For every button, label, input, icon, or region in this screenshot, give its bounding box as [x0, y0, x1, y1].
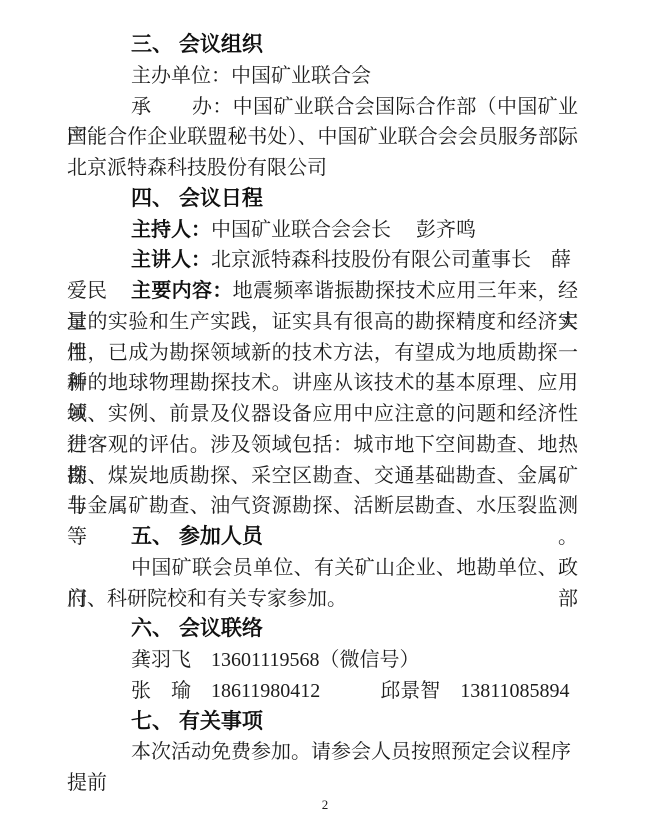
- heading-related-matters: 七、 有关事项: [67, 707, 578, 738]
- line-organizer-1: 承 办：中国矿业联合会国际合作部（中国矿业国际: [67, 92, 578, 123]
- line-main-content-4: 新的地球物理勘探技术。讲座从该技术的基本原理、应用领: [67, 368, 578, 399]
- line-organizer-3: 北京派特森科技股份有限公司: [67, 153, 578, 184]
- text-segment: 龚羽飞 13601119568（微信号）: [131, 649, 420, 671]
- text-segment: 中国矿业联合会会长 彭齐鸣: [211, 219, 476, 241]
- line-main-content-5: 域、实例、前景及仪器设备应用中应注意的问题和经济性进: [67, 399, 578, 430]
- line-related-matters-1: 本次活动免费参加。请参会人员按照预定会议程序提前: [67, 737, 578, 768]
- line-moderator: 主持人：中国矿业联合会会长 彭齐鸣: [67, 215, 578, 246]
- text-segment: 主办单位：中国矿业联合会: [131, 65, 371, 87]
- bold-label: 七、 有关事项: [131, 710, 263, 733]
- page-number: 2: [0, 795, 650, 815]
- text-segment: 产能合作企业联盟秘书处）、中国矿业联合会会员服务部、: [67, 126, 578, 148]
- line-contact-2: 张 瑜 18611980412 邱景智 13811085894: [67, 676, 578, 707]
- bold-label: 四、 会议日程: [131, 187, 263, 210]
- text-segment: 北京派特森科技股份有限公司: [67, 157, 327, 179]
- bold-label: 六、 会议联络: [131, 617, 263, 640]
- line-main-content-3: 性，已成为勘探领域新的技术方法，有望成为地质勘探一种: [67, 338, 578, 369]
- heading-meeting-contacts: 六、 会议联络: [67, 614, 578, 645]
- line-speaker: 主讲人：北京派特森科技股份有限公司董事长 薛爱民: [67, 245, 578, 276]
- line-main-content-1: 主要内容：地震频率谐振勘探技术应用三年来，经过大: [67, 276, 578, 307]
- bold-label: 三、 会议组织: [131, 33, 263, 56]
- bold-label: 主要内容：: [131, 280, 233, 302]
- line-host-unit: 主办单位：中国矿业联合会: [67, 61, 578, 92]
- text-segment: 本次活动免费参加。请参会人员按照预定会议程序提前: [67, 741, 571, 794]
- line-main-content-2: 量的实验和生产实践，证实具有很高的勘探精度和经济实用: [67, 307, 578, 338]
- document-body: 三、 会议组织主办单位：中国矿业联合会承 办：中国矿业联合会国际合作部（中国矿业…: [67, 30, 578, 768]
- line-main-content-7: 探、煤炭地质勘探、采空区勘查、交通基础勘查、金属矿与: [67, 461, 578, 492]
- bold-label: 五、 参加人员: [131, 525, 263, 548]
- line-participants-1: 中国矿联会员单位、有关矿山企业、地勘单位、政府部: [67, 553, 578, 584]
- heading-meeting-agenda: 四、 会议日程: [67, 184, 578, 215]
- text-segment: 张 瑜 18611980412 邱景智 13811085894: [131, 680, 570, 702]
- line-contact-1: 龚羽飞 13601119568（微信号）: [67, 645, 578, 676]
- document-page: 三、 会议组织主办单位：中国矿业联合会承 办：中国矿业联合会国际合作部（中国矿业…: [0, 0, 650, 830]
- bold-label: 主讲人：: [131, 249, 211, 271]
- line-organizer-2: 产能合作企业联盟秘书处）、中国矿业联合会会员服务部、: [67, 122, 578, 153]
- text-segment: 门、科研院校和有关专家参加。: [67, 588, 347, 610]
- bold-label: 主持人：: [131, 219, 211, 241]
- line-main-content-6: 行客观的评估。涉及领域包括：城市地下空间勘查、地热勘: [67, 430, 578, 461]
- line-main-content-8: 非金属矿勘查、油气资源勘探、活断层勘查、水压裂监测等。: [67, 491, 578, 522]
- heading-meeting-organization: 三、 会议组织: [67, 30, 578, 61]
